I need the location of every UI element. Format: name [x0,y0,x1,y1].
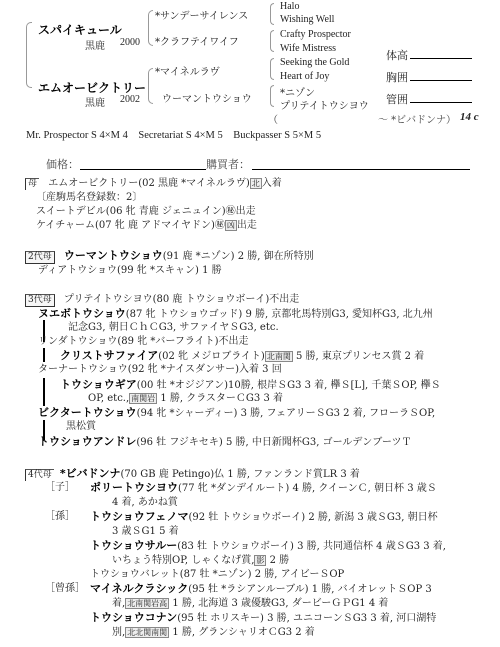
horse-record: 着, [112,598,125,609]
family-line: （ ～ *ビバドンナ） [268,111,456,126]
horse-record: リンダトウショウ(89 牝 *バーフライト)不出走 [38,336,249,348]
dam-result: 入着 [262,178,282,189]
gen2-dam-sire: *マイネルラヴ [155,63,220,78]
horse-record: (00 牡 *オジジアン)10勝, 根岸ＳG3 3 着, 欅Ｓ[L], 千葉ＳO… [137,380,441,391]
cannon-label: 管囲 [386,91,408,107]
price-label: 価格： [46,156,79,172]
gen3-6: Heart of Joy [280,71,329,82]
sire-brace [148,10,153,46]
horse-name: トウショウサルー [90,539,177,552]
horse-name: トウショウフェノマ [90,510,188,523]
horse-record: (02 牝 メジロブライト) [158,351,265,362]
dam-tag: 母 [25,178,39,190]
region-box: 凶 [225,220,237,231]
inbreeding-line: Mr. Prospector S 4×M 4 Secretariat S 4×M… [26,127,321,142]
horse-record: ターナートウショウ(92 牝 *ナイスダンサー)入着 3 回 [38,364,282,376]
horse-name: ヌエボトウショウ [38,307,126,320]
horse-record: 2 勝 [266,555,289,566]
foal-mark: ㊙ [215,220,225,231]
tree-line [43,348,45,362]
horse-name: マイネルクラシック [90,582,188,595]
horse-record: (77 牝 *ダンデイルート) 4 勝, クイーンＣ, 朝日杯 3 歳Ｓ [178,483,437,494]
gen3-3: Crafty Prospector [280,29,351,40]
horse-record: (92 牡 トウショウボーイ) 2 勝, 新潟 3 歳ＳG3, 朝日杯 [188,512,437,523]
relation-label: ［子］ [45,482,75,494]
dam-year: 2002 [120,94,140,105]
gen2-tag: 2代母 [25,251,55,264]
gen4-name: *ビバドンナ [60,467,121,480]
dam-color: 黒鹿 [85,94,105,109]
dam-brace [148,68,153,104]
buyer-label: 購買者： [206,156,250,172]
region-box: 北南関 [265,351,293,362]
gen3-5: Seeking the Gold [280,57,349,68]
horse-record: 1 勝, クラスターＣG3 3 着 [157,393,283,404]
region-box: 北 [250,178,262,189]
buyer-field[interactable] [252,157,470,170]
g3-brace-4 [270,85,274,107]
gen3-tag: 3代母 [25,294,55,307]
horse-record: トウショウバレット(87 牡 *ニゾン) 2 勝, アイビーＳOP [90,569,344,581]
gen3-2: Wishing Well [280,14,334,25]
horse-name: トウショウギア [60,378,137,391]
foal-result: 出走 [236,206,256,217]
horse-name: ビクタートウショウ [38,406,137,419]
horse-name: トウショウコナン [90,611,177,624]
pedigree-brace [26,22,32,88]
gen2-foal: ディアトウショウ(99 牝 *スキャン) 1 勝 [38,265,222,277]
gen2-info: (91 鹿 *ニゾン) 2 勝, 御在所特別 [163,251,314,262]
chest-field[interactable] [410,70,472,81]
horse-record: OP, etc., [88,393,129,404]
horse-record: 3 歳ＳG1 5 着 [112,526,179,538]
horse-record: 5 勝, 東京プリンセス賞 2 着 [293,351,424,362]
gen4-tag: 4代母 [25,469,54,481]
horse-record: (95 牡 ホリスキー) 3 勝, ユニコーンＳG3 3 着, 河口湖特 [177,613,436,624]
relation-label: ［孫］ [45,511,75,523]
height-label: 体高 [386,47,408,63]
gen3-head: プリテイトウシヨウ(80 鹿 トウショウボーイ)不出走 [64,294,299,305]
family-number: 14 c [460,111,479,123]
horse-record: 4 着, あかね賞 [112,497,178,509]
gen3-8: プリテイトウシヨウ [280,97,369,112]
g3-brace-2 [270,30,274,52]
gen2-sire-dam: *クラフテイワイフ [155,33,239,48]
gen2-dam-dam: ウーマントウショウ [162,90,252,105]
sire-year: 2000 [120,37,140,48]
horse-record: (94 牝 *シャーディー) 3 勝, フェアリーＳG3 2 着, フローラＳO… [137,408,436,419]
price-field[interactable] [80,157,206,170]
horse-name: トウショウアンドレ [38,435,136,448]
horse-name: ポリートウシヨウ [90,481,178,494]
horse-record: (87 牝 トウショウゴッド) 9 勝, 京都牝馬特別G3, 愛知杯G3, 北九… [126,309,433,320]
foal-mark: ㊙ [226,206,236,217]
foal-text: スイートデビル(06 牝 青鹿 ジェニュイン) [36,206,226,217]
g3-brace-3 [270,58,274,80]
horse-record: (96 牡 フジキセキ) 5 勝, 中日新聞杯G3, ゴールデンブーツＴ [136,437,411,448]
horse-record: (95 牡 *ラシアンルーブル) 1 勝, バイオレットＳOP 3 [188,584,431,595]
g3-brace-1 [270,3,274,25]
gen2-name: ウーマントウショウ [64,249,163,262]
tree-line [43,378,45,406]
horse-name: クリストサファイア [60,349,158,362]
foal-text: ケイチャーム(07 牝 鹿 アドマイヤドン) [36,220,215,231]
foal-2: ケイチャーム(07 牝 鹿 アドマイヤドン)㊙凶出走 [36,220,257,232]
registered-count: 〔産駒馬名登録数：2〕 [36,192,142,204]
foal-1: スイートデビル(06 牝 青鹿 ジェニュイン)㊙出走 [36,206,256,218]
gen3-4: Wife Mistress [280,43,336,54]
region-box: 北南関岩高 [125,598,169,609]
gen3-1: Halo [280,1,299,12]
horse-record: (83 牡 トウショウボーイ) 3 勝, 共同通信杯 4 歳ＳG3 3 着, [177,541,446,552]
horse-record: 黒松賞 [66,421,96,433]
horse-record: 記念G3, 朝日ＣｈＣG3, サファイヤＳG3, etc. [68,322,279,334]
sire-color: 黒鹿 [85,37,105,52]
horse-record: いちょう特別OP, しゃくなげ賞, [112,555,254,566]
gen2-sire-sire: *サンデーサイレンス [155,7,248,22]
region-box: 南関岩 [129,393,157,404]
region-box: 北北関南関 [125,627,169,638]
horse-record: 別, [112,627,125,638]
relation-label: ［曾孫］ [45,583,85,595]
horse-record: 1 勝, 北海道 3 歳優駿G3, ダービーＧＰG1 4 着 [169,598,388,609]
chest-label: 胸囲 [386,69,408,85]
foal-result: 出走 [237,220,257,231]
horse-record: 1 勝, グランシャリオＣG3 2 着 [169,627,315,638]
gen4-info: (70 GB 鹿 Petingo)仏 1 勝, ファンランド賞LR 3 着 [120,469,359,480]
cannon-field[interactable] [410,92,472,103]
region-box: 影 [254,555,266,566]
height-field[interactable] [410,48,472,59]
dam-line: エムオービクトリー(02 黒鹿 *マイネルラヴ) [48,178,250,189]
sire-name: スパイキュール [38,21,122,38]
